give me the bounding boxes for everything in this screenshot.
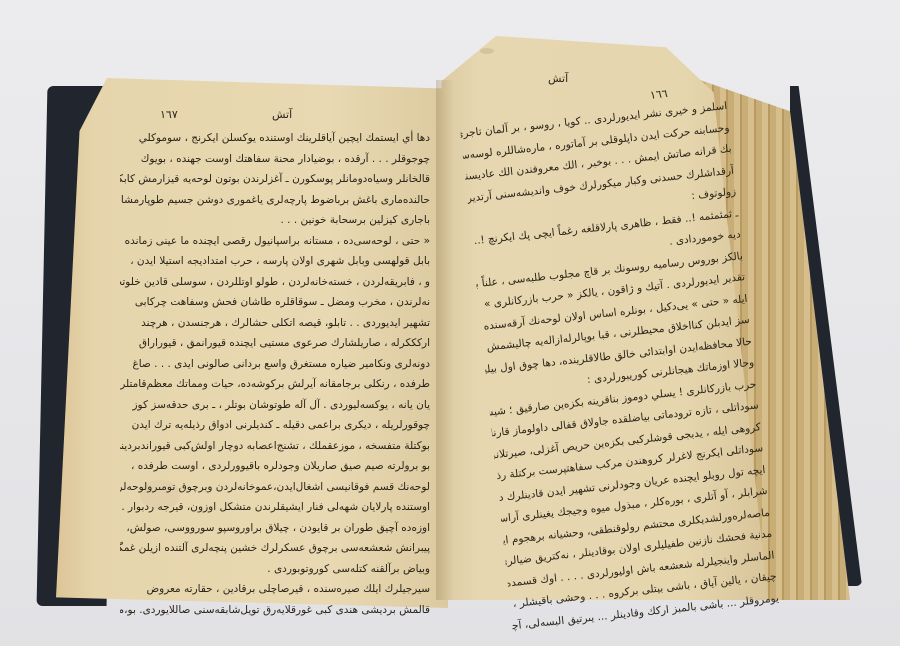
- text-line: بوكتلة متفسخه ، موزعقملك ، تشنج‌اعصابه د…: [120, 436, 430, 457]
- text-line: قالمش برديشى هندى كبى غورقلايه‌رق تويل‌ش…: [120, 600, 430, 621]
- text-line: بو برولرته صيم صيق صاريلان وجودلره باقيو…: [120, 456, 430, 477]
- text-line: حالنده‌مارى باغش برباضوط پارچه‌لرى ياغمو…: [120, 190, 430, 211]
- right-running-head: آتش: [548, 72, 568, 85]
- text-line: سيرجيلرك ايلك صيره‌سنده ، قيرصاچلى برقاد…: [120, 579, 430, 600]
- text-line: قالخانلر وسياه‌دومانلر پوسكورن ـ آغزلرند…: [120, 169, 430, 190]
- text-line: طرفده ، رنكلى برجامقانه آيرلش بركوشه‌ده،…: [120, 374, 430, 395]
- text-line: اركككرله ، صاريلشارك صرعوى مستيى ايچنده …: [120, 333, 430, 354]
- text-line: وبياض برآلقنه كتله‌سى كوروتوبوردى .: [120, 559, 430, 580]
- paper-stain: [480, 48, 494, 54]
- text-line: دونه‌لرى ونكامير ضياره مستغرق واسع بردان…: [120, 354, 430, 375]
- text-line: لوحه‌نك قسم فوقانيسى اشغال‌ايدن،عموخانه‌…: [120, 477, 430, 498]
- text-line: يان يانه ، يوكسه‌ليوردى . آل آله طوتوشان…: [120, 395, 430, 416]
- left-page-text: دها أي ايستمك ايچين آياقلرينك اوستنده يو…: [120, 128, 430, 620]
- text-line: و ، فابريقه‌لردن ، خسته‌خانه‌لردن ، طولو…: [120, 272, 430, 293]
- text-line: « حتى ، لوحه‌سى‌ده ، مستانه براسپانيول ر…: [120, 231, 430, 252]
- text-line: چوقورلريله ، ديكرى براعمى دقيله ـ كنديلر…: [120, 415, 430, 436]
- text-line: اوزه‌ده آچيق طوران بر قايودن ، چيلاق برا…: [120, 518, 430, 539]
- book-gutter-shadow: [436, 80, 454, 600]
- text-line: اوستنده پارلايان شهه‌لى فنار ايشيقلرندن …: [120, 497, 430, 518]
- text-line: پيبرانش شعشعه‌سى برچوق عسكرلرك خشين پنچه…: [120, 538, 430, 559]
- right-page-text: اسلمز و خيرى نشر ايديورلردى .. كويا ، رو…: [459, 96, 779, 637]
- text-line: دها أي ايستمك ايچين آياقلرينك اوستنده يو…: [120, 128, 430, 149]
- right-page-number: ١٦٦: [649, 87, 668, 102]
- left-page-number: ١٦٧: [160, 108, 178, 121]
- text-line: تشهير ايديوردى . . تابلو، قيصه اتكلى حشا…: [120, 313, 430, 334]
- text-line: چوجوقلر . . . آرقده ، بوضيادار محنة سفاه…: [120, 149, 430, 170]
- text-line: نه‌لرندن ، مخرب ومضل ـ سوقاقلره طاشان فح…: [120, 292, 430, 313]
- left-running-head: آتش: [272, 108, 292, 121]
- text-line: بابل قولهسى وبابل شهرى اولان پارسه ، حرب…: [120, 251, 430, 272]
- text-line: باجارى كيزلين برسحابة خونين . . .: [120, 210, 430, 231]
